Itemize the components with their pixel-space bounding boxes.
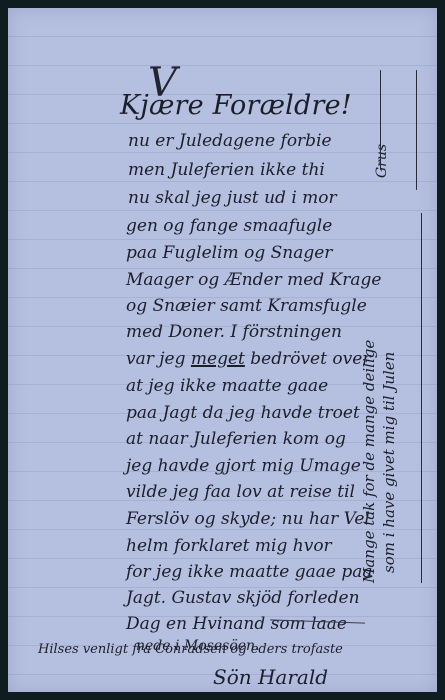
margin-note-line2: som i have givet mig til Julen [380, 352, 398, 573]
letter-line: men Juleferien ikke thi [128, 160, 325, 180]
letter-line: for jeg ikke maatte gaae paa [126, 562, 372, 582]
margin-bracket-right [416, 70, 417, 190]
letter-line: paa Fuglelim og Snager [126, 243, 332, 263]
salutation: Kjære Forældre! [120, 90, 352, 121]
margin-rule-right [421, 213, 422, 583]
closing-line: Hilses venligt fra Conradsen og eders tr… [38, 642, 343, 657]
letter-line: Maager og Ænder med Krage [126, 270, 381, 290]
letter-line: nu er Juledagene forbie [128, 131, 332, 151]
letter-line: med Doner. I förstningen [126, 322, 342, 342]
letter-line: Dag en Hvinand som laae [126, 614, 347, 634]
letter-line: at jeg ikke maatte gaae [126, 376, 328, 396]
margin-bracket-top [380, 70, 381, 170]
letter-line: gen og fange smaafugle [126, 216, 332, 236]
letter-line: jeg havde gjort mig Umage [126, 456, 361, 476]
letter-line: vilde jeg faa lov at reise til [126, 482, 355, 502]
letter-line: helm forklaret mig hvor [126, 536, 332, 556]
letter-line: at naar Juleferien kom og [126, 429, 346, 449]
letter-line: var jeg meget bedrövet over [126, 349, 370, 369]
letter-line: Ferslöv og skyde; nu har Vel [126, 509, 370, 529]
margin-word-top: Grus [374, 144, 390, 178]
signature: Sön Harald [213, 665, 328, 689]
letter-page: V Kjære Forældre! nu er Juledagene forbi… [8, 8, 437, 692]
letter-line: og Snæier samt Kramsfugle [126, 296, 367, 316]
underlined-word: meget [191, 349, 245, 369]
margin-note-line1: Mange tak for de mange deilige [360, 340, 378, 583]
letter-line: paa Jagt da jeg havde troet [126, 403, 360, 423]
letter-line: Jagt. Gustav skjöd forleden [126, 588, 360, 608]
letter-line: nu skal jeg just ud i mor [128, 188, 337, 208]
